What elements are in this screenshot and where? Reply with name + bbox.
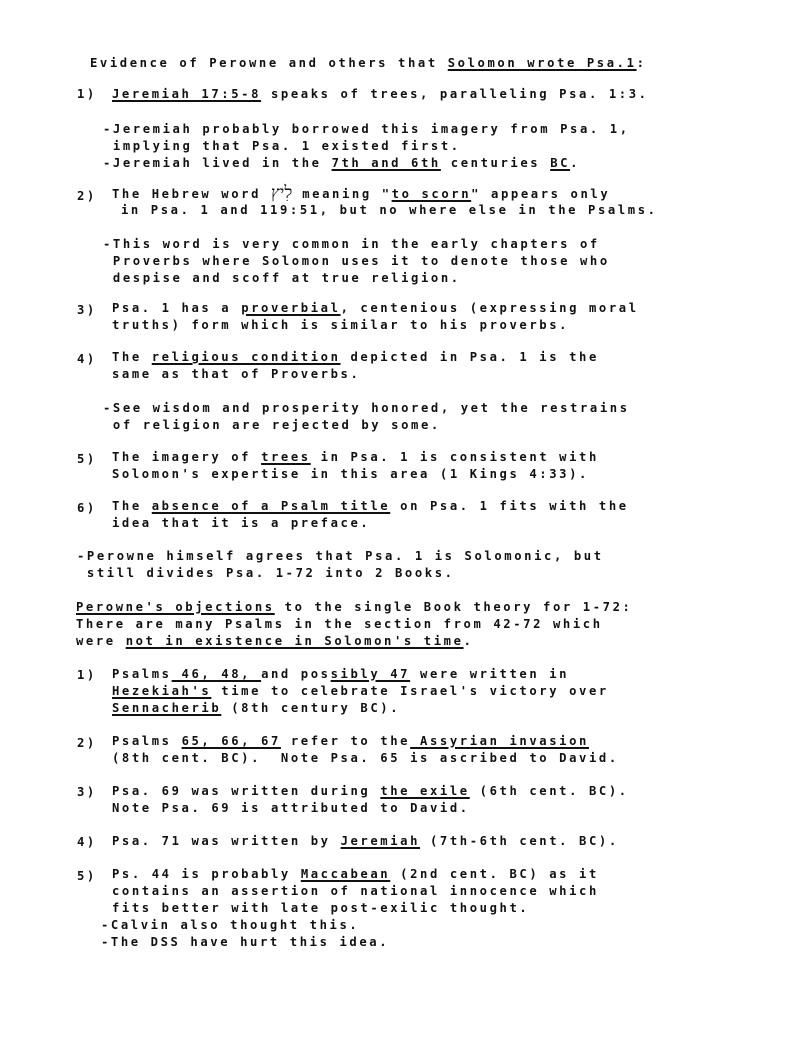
underlined-text: Maccabean xyxy=(301,867,390,881)
item-text: (2nd cent. BC) as it xyxy=(390,867,599,881)
item-text: Psa. 71 was written by xyxy=(112,834,341,848)
item-text: " appears only xyxy=(471,187,610,201)
underlined-text: sibly 47 xyxy=(331,667,411,681)
item-line: fits better with late post-exilic though… xyxy=(112,901,529,915)
item-number: 4) xyxy=(77,835,97,849)
underlined-text: Jeremiah xyxy=(341,834,421,848)
note-line: despise and scoff at true religion. xyxy=(103,271,461,285)
item-text: (7th-6th cent. BC). xyxy=(420,834,619,848)
item-text: The Hebrew word xyxy=(112,187,271,201)
title-colon: : xyxy=(637,56,647,70)
item-text: refer to the xyxy=(281,734,410,748)
underlined-text: 7th and 6th xyxy=(332,156,441,170)
item-text: were written in xyxy=(410,667,569,681)
item-number: 2) xyxy=(77,736,97,750)
item-text: speaks of trees, paralleling Psa. 1:3. xyxy=(261,87,649,101)
item-text: in Psa. 1 is consistent with xyxy=(311,450,599,464)
item-line: Hezekiah's time to celebrate Israel's vi… xyxy=(112,684,609,698)
item-line: Solomon's expertise in this area (1 King… xyxy=(112,467,589,481)
item-text: Psa. 69 was written during xyxy=(112,784,380,798)
title-text: Evidence of Perowne and others that xyxy=(90,56,448,70)
underlined-text: not in existence in Solomon's time xyxy=(126,634,464,648)
item-line: idea that it is a preface. xyxy=(112,516,370,530)
note-text: . xyxy=(570,156,580,170)
underlined-text: trees xyxy=(261,450,311,464)
underlined-text: absence of a Psalm title xyxy=(152,499,391,513)
intro-text: were xyxy=(76,634,126,648)
item-line: contains an assertion of national innoce… xyxy=(112,884,599,898)
item-text: The xyxy=(112,350,152,364)
intro-text: to the single Book theory for 1-72: xyxy=(275,600,633,614)
item-line: Psalms 46, 48, and possibly 47 were writ… xyxy=(112,667,569,681)
note-line: of religion are rejected by some. xyxy=(103,418,441,432)
note-line: -See wisdom and prosperity honored, yet … xyxy=(103,401,630,415)
item-number: 3) xyxy=(77,303,97,317)
underlined-text: Hezekiah's xyxy=(112,684,211,698)
item-number: 4) xyxy=(77,352,97,366)
underlined-ref: Jeremiah 17:5-8 xyxy=(112,87,261,101)
note-line: still divides Psa. 1-72 into 2 Books. xyxy=(77,566,455,580)
item-text: Psa. 1 has a xyxy=(112,301,241,315)
item-line: Sennacherib (8th century BC). xyxy=(112,701,400,715)
item-number: 3) xyxy=(77,785,97,799)
underlined-text: the exile xyxy=(380,784,469,798)
item-number: 5) xyxy=(77,869,97,883)
item-text: (6th cent. BC). xyxy=(470,784,629,798)
item-number: 2) xyxy=(77,189,97,203)
intro-text: . xyxy=(464,634,474,648)
item-line: The imagery of trees in Psa. 1 is consis… xyxy=(112,450,599,464)
item-line: truths) form which is similar to his pro… xyxy=(112,318,569,332)
item-text: Ps. 44 is probably xyxy=(112,867,301,881)
title-underlined: Solomon wrote Psa.1 xyxy=(448,56,637,70)
item-text: (8th century BC). xyxy=(221,701,400,715)
item-text: Psalms xyxy=(112,734,182,748)
item-text: , centenious (expressing moral xyxy=(341,301,639,315)
underlined-text: 46, 48, xyxy=(172,667,261,681)
note-text: -Jeremiah lived in the xyxy=(103,156,332,170)
item-line: The religious condition depicted in Psa.… xyxy=(112,350,599,364)
item-line: (8th cent. BC). Note Psa. 65 is ascribed… xyxy=(112,751,619,765)
item-number: 1) xyxy=(77,87,97,101)
underlined-text: to scorn xyxy=(392,187,472,201)
note-line: -Jeremiah lived in the 7th and 6th centu… xyxy=(103,156,580,170)
underlined-text: BC xyxy=(550,156,570,170)
underlined-text: Sennacherib xyxy=(112,701,221,715)
item-line: The absence of a Psalm title on Psa. 1 f… xyxy=(112,499,629,513)
intro-line: Perowne's objections to the single Book … xyxy=(76,600,633,614)
note-line: implying that Psa. 1 existed first. xyxy=(103,139,461,153)
note-line: -Calvin also thought this. xyxy=(101,918,359,932)
item-line: The Hebrew word לִיץ meaning "to scorn" … xyxy=(112,186,610,201)
note-line: -This word is very common in the early c… xyxy=(103,237,600,251)
hebrew-word: לִיץ xyxy=(271,183,292,203)
item-text: The xyxy=(112,499,152,513)
item-line: Psa. 1 has a proverbial, centenious (exp… xyxy=(112,301,639,315)
item-text: meaning " xyxy=(292,187,391,201)
intro-line: were not in existence in Solomon's time. xyxy=(76,634,474,648)
item-line: Ps. 44 is probably Maccabean (2nd cent. … xyxy=(112,867,599,881)
item-number: 5) xyxy=(77,452,97,466)
item-line: Psalms 65, 66, 67 refer to the Assyrian … xyxy=(112,734,589,748)
underlined-text: Assyrian invasion xyxy=(410,734,589,748)
note-line: -The DSS have hurt this idea. xyxy=(101,935,389,949)
note-line: -Jeremiah probably borrowed this imagery… xyxy=(103,122,630,136)
note-text: centuries xyxy=(441,156,550,170)
item-line: Psa. 69 was written during the exile (6t… xyxy=(112,784,629,798)
item-number: 1) xyxy=(77,668,97,682)
intro-line: There are many Psalms in the section fro… xyxy=(76,617,603,631)
item-line: Jeremiah 17:5-8 speaks of trees, paralle… xyxy=(112,87,649,101)
item-line: same as that of Proverbs. xyxy=(112,367,360,381)
underlined-heading: Perowne's objections xyxy=(76,600,275,614)
document-title: Evidence of Perowne and others that Solo… xyxy=(90,56,647,70)
item-text: on Psa. 1 fits with the xyxy=(390,499,629,513)
item-line: Note Psa. 69 is attributed to David. xyxy=(112,801,470,815)
item-line: Psa. 71 was written by Jeremiah (7th-6th… xyxy=(112,834,619,848)
item-text: and pos xyxy=(261,667,331,681)
item-line: in Psa. 1 and 119:51, but no where else … xyxy=(121,203,658,217)
underlined-text: religious condition xyxy=(152,350,341,364)
item-text: time to celebrate Israel's victory over xyxy=(211,684,609,698)
item-text: The imagery of xyxy=(112,450,261,464)
note-line: Proverbs where Solomon uses it to denote… xyxy=(103,254,610,268)
underlined-text: proverbial xyxy=(241,301,340,315)
document-page: Evidence of Perowne and others that Solo… xyxy=(0,0,800,1050)
underlined-text: 65, 66, 67 xyxy=(182,734,281,748)
item-text: depicted in Psa. 1 is the xyxy=(341,350,599,364)
item-number: 6) xyxy=(77,501,97,515)
item-text: Psalms xyxy=(112,667,172,681)
note-line: -Perowne himself agrees that Psa. 1 is S… xyxy=(77,549,604,563)
